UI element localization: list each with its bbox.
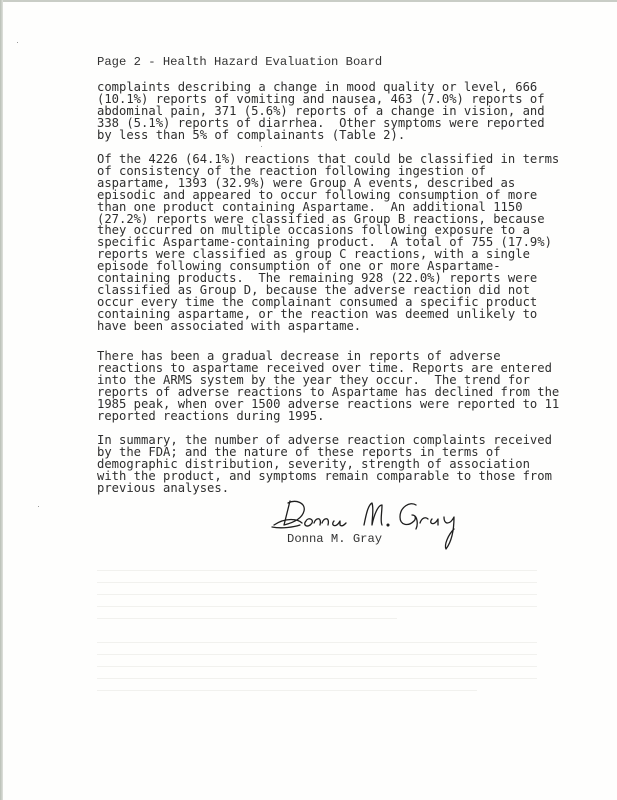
bleed-through-line <box>97 594 537 595</box>
bleed-through-line <box>97 690 477 691</box>
paragraph-classification: Of the 4226 (64.1%) reactions that could… <box>97 154 559 333</box>
scan-speck <box>38 506 39 507</box>
bleed-through-line <box>97 666 537 667</box>
bleed-through-line <box>97 654 537 655</box>
signatory-name: Donna M. Gray <box>287 533 382 545</box>
bleed-through-line <box>97 678 537 679</box>
paragraph-symptoms: complaints describing a change in mood q… <box>97 82 545 142</box>
scan-left-edge <box>0 0 3 800</box>
bleed-through-line <box>97 606 537 607</box>
bleed-through-line <box>97 582 537 583</box>
bleed-through-line <box>97 618 397 619</box>
document-page: Page 2 - Health Hazard Evaluation Board … <box>0 0 617 800</box>
page-header: Page 2 - Health Hazard Evaluation Board <box>97 56 382 68</box>
paragraph-trend: There has been a gradual decrease in rep… <box>97 351 559 422</box>
bleed-through-line <box>97 642 537 643</box>
scan-speck <box>261 146 262 147</box>
scan-speck <box>17 42 18 43</box>
scan-top-edge <box>0 0 617 2</box>
bleed-through-line <box>97 570 537 571</box>
paragraph-summary: In summary, the number of adverse reacti… <box>97 435 552 495</box>
